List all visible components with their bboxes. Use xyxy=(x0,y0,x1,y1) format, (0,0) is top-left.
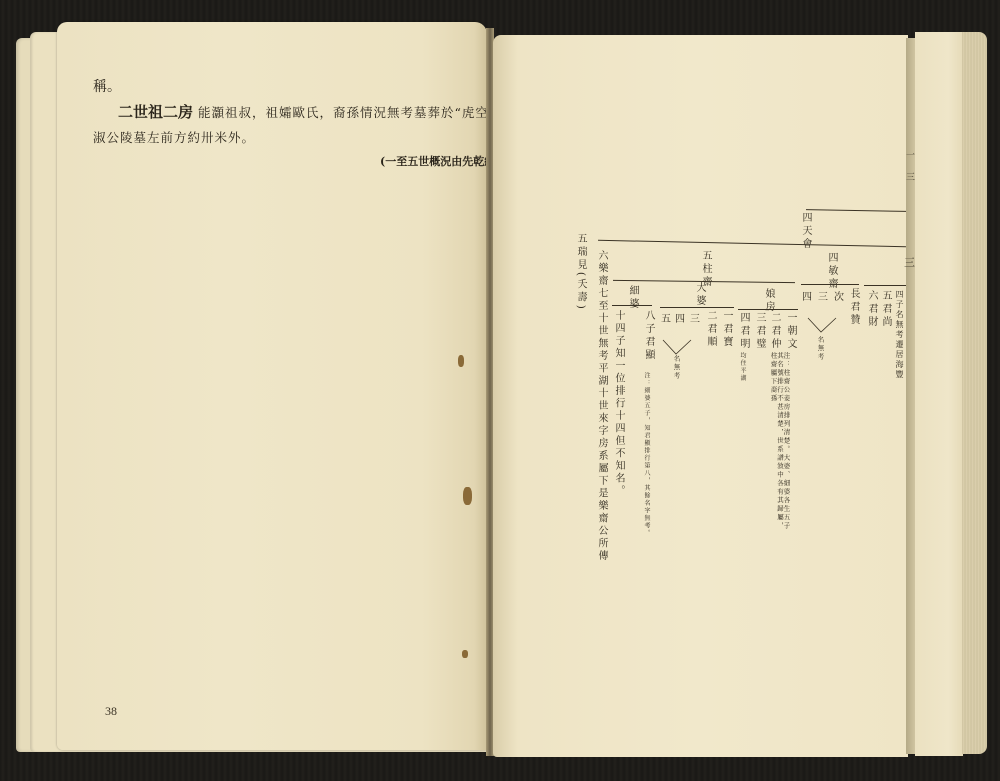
root-partial: 三 xyxy=(904,254,915,270)
xipo-note: 注：細婆五子，知君顯排行第八，其餘名字無考。 xyxy=(643,372,649,537)
left-text-line2: 能灝祖叔，祖孀歐氏，裔孫情況無考墓葬於“虎空山” xyxy=(198,103,510,121)
tree-connector xyxy=(660,307,734,308)
node-junbi: 三君璧 xyxy=(754,312,764,351)
tree-bracket xyxy=(808,318,838,336)
stain-mark xyxy=(463,487,472,505)
lezhai-note: 六樂齋七至十世無考平湖十世來字房系屬下是樂齋公所傳 xyxy=(596,250,606,563)
node-junzan: 長君贊 xyxy=(848,288,858,327)
node-dapo-child: 三 xyxy=(690,310,700,325)
node-minzhai-child: 四 xyxy=(802,288,812,303)
node-fourteenth-son: 十四子知一位排行十四但不知名。 xyxy=(613,310,623,498)
node-junming: 四君明 xyxy=(738,312,748,351)
node-junbao: 一君寶 xyxy=(721,310,731,349)
tree-connector xyxy=(738,309,798,310)
tree-connector xyxy=(864,285,906,286)
node-dapo-child: 五 xyxy=(661,310,671,325)
minzhai-note: 名無考 xyxy=(817,336,824,362)
tree-connector xyxy=(801,284,859,285)
niangfang-note: 注：柱齋公妾房排列清楚。大婆、細婆各生五子其名號排行不甚清楚，世系譜敘中各有其歸… xyxy=(770,352,790,532)
right-page xyxy=(493,35,908,757)
page-number: 38 xyxy=(105,704,117,719)
node-junshun: 二君順 xyxy=(705,310,715,349)
dapo-note: 名無考 xyxy=(673,355,680,381)
node-junzhong: 二君仲 xyxy=(769,312,779,351)
right-page-edge xyxy=(915,32,963,756)
edge-mark: 一 xyxy=(906,148,915,161)
node-minzhai-child: 次 xyxy=(834,288,844,303)
stain-mark xyxy=(462,650,468,658)
node-dapo-child: 四 xyxy=(675,310,685,325)
left-text-line3: 淑公陵墓左前方約卅米外。 xyxy=(93,128,255,146)
right-col-note: 四子名無考遷居海豐 xyxy=(895,290,903,380)
node-chaowen: 一朝文 xyxy=(785,312,795,351)
section-heading: 二世祖二房 xyxy=(118,101,193,122)
node-minzhai-child: 三 xyxy=(818,288,828,303)
edge-mark: 三 xyxy=(906,170,915,183)
node-dapo: 大婆 xyxy=(694,282,704,308)
niangfang-sub-note: 均住平湖 xyxy=(739,352,745,382)
page-block-edge xyxy=(962,32,987,754)
stain-mark xyxy=(458,355,464,367)
node-xipo: 細婆 xyxy=(627,285,637,311)
node-juncai: 六君財 xyxy=(866,290,876,329)
node-niangfang: 娘房 xyxy=(763,288,773,314)
left-text-line1: 稱。 xyxy=(93,76,121,96)
node-minzhai: 四敏齋 xyxy=(826,252,836,291)
node-junshang: 五君尚 xyxy=(880,290,890,329)
tree-connector xyxy=(612,305,652,306)
node-junxian: 八子君顯 xyxy=(643,310,653,362)
node-ruijian: 五瑞見(夭壽) xyxy=(575,233,585,312)
